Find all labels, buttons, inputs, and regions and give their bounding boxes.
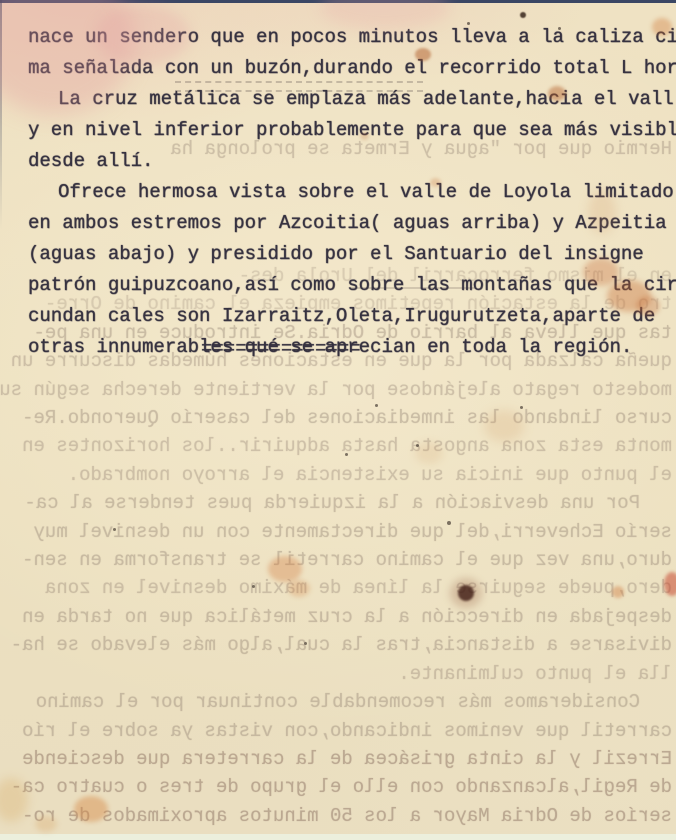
bleed-line: de Regil,alcanzando con ello el grupo de… — [0, 773, 672, 801]
typed-line: y en nivel inferior probablemente para q… — [28, 115, 676, 146]
typed-line: cundan cales son Izarraitz,Oleta,Iruguru… — [28, 301, 676, 332]
typed-line: La cruz metálica se emplaza más adelante… — [28, 84, 676, 115]
typed-line: nace un sendero que en pocos minutos lle… — [28, 22, 676, 53]
bleed-line: seríos de Odria Mayor a los 50 minutos a… — [0, 802, 672, 830]
bleed-line: Errezil y la cinta grisácea de la carret… — [0, 745, 672, 773]
bleed-line: Por una desviación a la izquierda pues t… — [0, 489, 672, 517]
bleed-line: monta esta zona angosta hasta adquirir..… — [0, 432, 672, 460]
bleed-line: duro,una vez que el camino carretil se t… — [0, 546, 672, 574]
typed-line: ma señalada con un buzón,durando el reco… — [28, 53, 676, 84]
scanned-typewritten-page: Hermio que por "agua y Ermeta se prolong… — [0, 0, 676, 840]
typed-text-block: nace un sendero que en pocos minutos lle… — [28, 22, 676, 363]
bleed-line: curso lindando las inmediaciones del cas… — [0, 404, 672, 432]
scan-bottom-edge — [0, 834, 676, 840]
bleed-line: divisarse a distancia,tras la cual,algo … — [0, 631, 672, 659]
bleed-line: el punto que inicia su existencia el arr… — [0, 461, 672, 489]
bleed-line: modesto regato alejándose por la vertien… — [0, 376, 672, 404]
bleed-line: lla el punto culminante. — [0, 660, 672, 688]
typed-separator: ============== — [201, 338, 361, 360]
bleed-line: dero,puede seguirse la línea de máximo d… — [0, 574, 672, 602]
scan-top-edge — [0, 0, 676, 3]
bleed-line: Consideramos más recomendable continuar … — [0, 688, 672, 716]
bleed-line: carretil que venimos indicando,con vista… — [0, 717, 672, 745]
typed-line: patrón guipuzcoano,así como sobre las mo… — [28, 270, 676, 301]
bleed-line: despejada en dirección a la cruz metálic… — [0, 603, 672, 631]
bleed-line: serío Echeverri,del que directamente con… — [0, 518, 672, 546]
typed-line: desde allí. — [28, 146, 676, 177]
typed-line: en ambos estremos por Azcoitia( aguas ar… — [28, 208, 676, 239]
typed-line: Ofrece hermosa vista sobre el valle de L… — [28, 177, 676, 208]
typed-line: (aguas abajo) y presidido por el Santuar… — [28, 239, 676, 270]
scan-left-edge — [0, 0, 2, 230]
